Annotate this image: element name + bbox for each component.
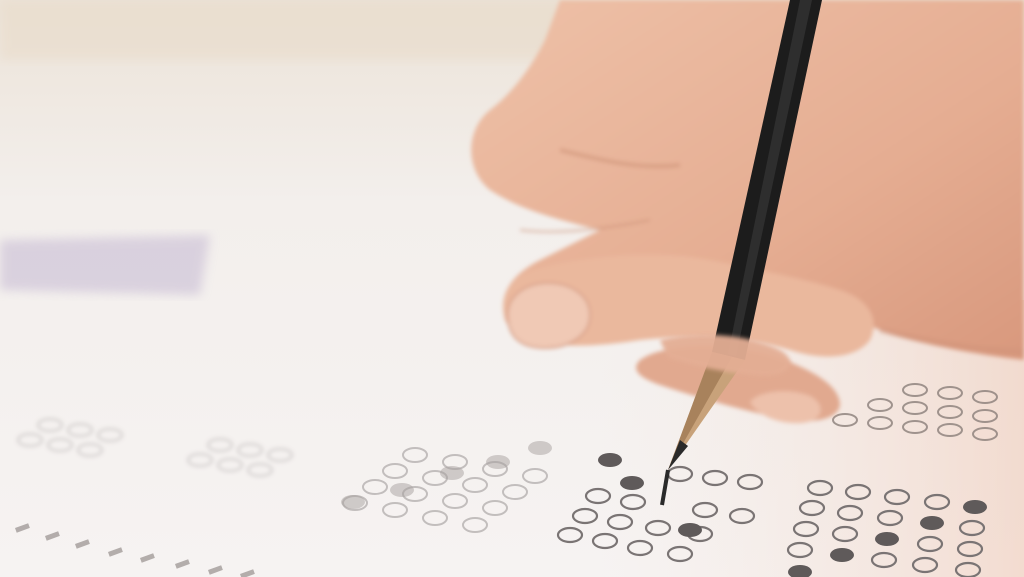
- photo-illustration: [0, 0, 1024, 577]
- purple-print-block: [0, 235, 210, 295]
- photo-scene: Close-up photo of a hand holding a penci…: [0, 0, 1024, 577]
